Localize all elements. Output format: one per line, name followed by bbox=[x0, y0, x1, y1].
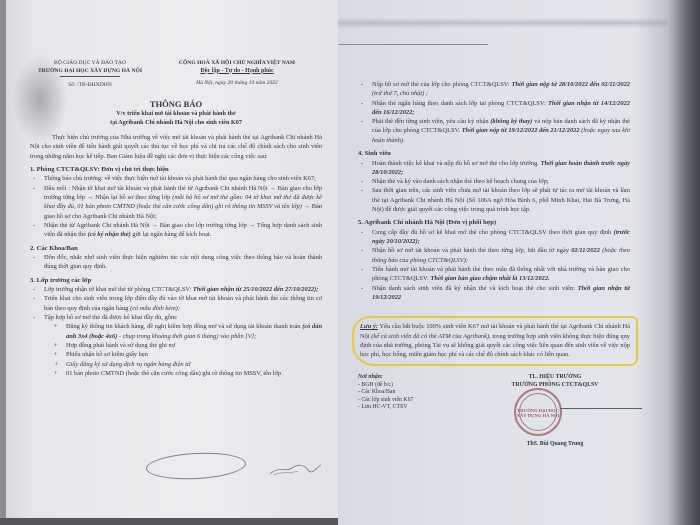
signatory-position: Trưởng phòng CTCT&QLSV bbox=[480, 382, 630, 389]
section-3-continued-list: Nộp hồ sơ mở thẻ của lớp cho phòng CTCT&… bbox=[358, 80, 630, 145]
document-page-left: Bộ Giáo dục và Đào tạo Trường Đại học Xâ… bbox=[0, 0, 338, 520]
section-4-heading: 4. Sinh viên bbox=[358, 149, 630, 159]
issue-date: Hà Nội, ngày 20 tháng 10 năm 2022 bbox=[152, 80, 322, 88]
section-1-heading: 1. Phòng CTCT&QLSV: Đơn vị chủ trì thực … bbox=[30, 165, 322, 175]
list-item: Tập hợp hồ sơ mở thẻ đã được kê khai đầy… bbox=[44, 313, 322, 378]
recipients-title: Nơi nhận: bbox=[358, 374, 468, 381]
list-item: Hoàn thành việc kê khai và nộp đủ hồ sơ … bbox=[372, 159, 630, 178]
checklist-item: Đăng ký thông tin khách hàng, đề nghị ki… bbox=[66, 322, 322, 341]
section-5-list: Cung cấp đầy đủ hồ sơ kê khai mở thẻ cho… bbox=[358, 228, 630, 302]
list-item: Triển khai cho sinh viên trong lớp điền … bbox=[44, 294, 322, 313]
republic-name: Cộng hoà xã hội chủ nghĩa Việt Nam bbox=[152, 60, 322, 68]
notice-body-left: Bộ Giáo dục và Đào tạo Trường Đại học Xâ… bbox=[30, 60, 322, 378]
list-item: Phát thẻ đến từng sinh viên, yêu cầu ký … bbox=[372, 117, 630, 145]
recipient-item: - BGH (để b/c) bbox=[358, 382, 468, 389]
list-item: Đôn đốc, nhắc nhở sinh viên thực hiện ng… bbox=[44, 253, 322, 272]
document-page-right: Nộp hồ sơ mở thẻ của lớp cho phòng CTCT&… bbox=[338, 0, 700, 525]
pen-circle-mark bbox=[145, 450, 246, 481]
section-5-heading: 5. Agribank Chi nhánh Hà Nội (Đơn vị phố… bbox=[358, 218, 630, 228]
handwritten-signature bbox=[560, 408, 642, 409]
header-divider bbox=[60, 76, 120, 77]
notice-title: THÔNG BÁO bbox=[30, 99, 322, 110]
checklist-item: Giấy đăng ký sử dụng dịch vụ ngân hàng đ… bbox=[66, 360, 322, 369]
notice-subtitle-2: tại Agribank Chi nhánh Hà Nội cho sinh v… bbox=[30, 119, 322, 128]
notice-body-right: Nộp hồ sơ mở thẻ của lớp cho phòng CTCT&… bbox=[358, 80, 630, 449]
checklist-item: 01 bản photo CMTND (hoặc thẻ căn cước cô… bbox=[66, 369, 322, 378]
signature-block: TL. Hiệu trưởng Trưởng phòng CTCT&QLSV T… bbox=[480, 374, 630, 448]
list-item: Nhận thẻ từ Agribank Chi nhánh Hà Nội → … bbox=[44, 221, 322, 240]
university-name: Trường Đại học Xây dựng Hà Nội bbox=[30, 68, 150, 76]
fold-shadow bbox=[338, 18, 668, 28]
signer-name: ThS. Bùi Quang Trung bbox=[480, 441, 630, 448]
note-label: Lưu ý: bbox=[360, 323, 378, 330]
section-3-heading: 3. Lớp trưởng các lớp bbox=[30, 276, 322, 286]
list-item: Cung cấp đầy đủ hồ sơ kê khai mở thẻ cho… bbox=[372, 228, 630, 247]
issuer-block: Bộ Giáo dục và Đào tạo Trường Đại học Xâ… bbox=[30, 60, 150, 89]
checklist-item: Phiếu nhận hồ sơ kiêm giấy hẹn bbox=[66, 350, 322, 359]
list-item: Lớp trưởng nhận tờ khai mở thẻ từ phòng … bbox=[44, 285, 322, 294]
highlighted-note: Lưu ý: Yêu cầu bắt buộc 100% sinh viên K… bbox=[352, 316, 638, 366]
list-item: Nộp hồ sơ mở thẻ của lớp cho phòng CTCT&… bbox=[372, 80, 630, 99]
list-item: Thông báo chủ trương: về việc thực hiện … bbox=[44, 174, 322, 183]
section-4-list: Hoàn thành việc kê khai và nộp đủ hồ sơ … bbox=[358, 159, 630, 215]
document-footer: Nơi nhận: - BGH (để b/c) - Các Khoa/Ban … bbox=[358, 374, 630, 448]
recipient-item: - Lưu HC-VT, CTSV bbox=[358, 404, 468, 411]
section-1-list: Thông báo chủ trương: về việc thực hiện … bbox=[30, 174, 322, 239]
checklist-item: Hợp đồng phát hành và sử dụng thẻ ghi nợ bbox=[66, 341, 322, 350]
section-2-list: Đôn đốc, nhắc nhở sinh viên thực hiện ng… bbox=[30, 253, 322, 272]
document-header: Bộ Giáo dục và Đào tạo Trường Đại học Xâ… bbox=[30, 60, 322, 89]
ministry-name: Bộ Giáo dục và Đào tạo bbox=[30, 60, 150, 68]
document-number: Số: /TB-ĐHXDHN bbox=[30, 82, 150, 90]
notice-subtitle-1: V/v triển khai mở tài khoản và phát hành… bbox=[30, 110, 322, 119]
signatory-authority: TL. Hiệu trưởng bbox=[480, 374, 630, 381]
list-item: Nhận hồ sơ mở tài khoản và phát hành thẻ… bbox=[372, 246, 630, 265]
document-checklist: Đăng ký thông tin khách hàng, đề nghị ki… bbox=[44, 322, 322, 378]
list-item: Đầu mối : Nhận tờ khai mở tài khoản và p… bbox=[44, 184, 322, 221]
recipients-block: Nơi nhận: - BGH (để b/c) - Các Khoa/Ban … bbox=[358, 374, 468, 448]
recipient-item: - Các lớp sinh viên K67 bbox=[358, 397, 468, 404]
list-item: Nhận thẻ và ký vào danh sách nhận thẻ th… bbox=[372, 177, 630, 186]
photo-bottom-edge bbox=[0, 518, 338, 525]
intro-paragraph: Thực hiện chủ trương của Nhà trường về v… bbox=[30, 133, 322, 161]
faint-rule bbox=[338, 44, 488, 45]
list-item: Nhận danh sách sinh viên đã ký nhận thẻ … bbox=[372, 284, 630, 303]
list-item: Sau thời gian trên, các sinh viên chưa m… bbox=[372, 186, 630, 214]
section-3-list: Lớp trưởng nhận tờ khai mở thẻ từ phòng … bbox=[30, 285, 322, 378]
official-seal-icon: TRƯỜNG ĐẠI HỌC XÂY DỰNG HÀ NỘI bbox=[514, 388, 562, 436]
motto: Độc lập - Tự do - Hạnh phúc bbox=[152, 68, 322, 76]
list-item: Tiến hành mở tài khoản và phát hành thẻ … bbox=[372, 265, 630, 284]
national-motto-block: Cộng hoà xã hội chủ nghĩa Việt Nam Độc l… bbox=[152, 60, 322, 89]
section-2-heading: 2. Các Khoa/Ban bbox=[30, 244, 322, 254]
pen-scribble-mark bbox=[268, 462, 322, 476]
list-item: Nhận thẻ ngân hàng theo danh sách lớp tạ… bbox=[372, 99, 630, 118]
recipient-item: - Các Khoa/Ban bbox=[358, 389, 468, 396]
